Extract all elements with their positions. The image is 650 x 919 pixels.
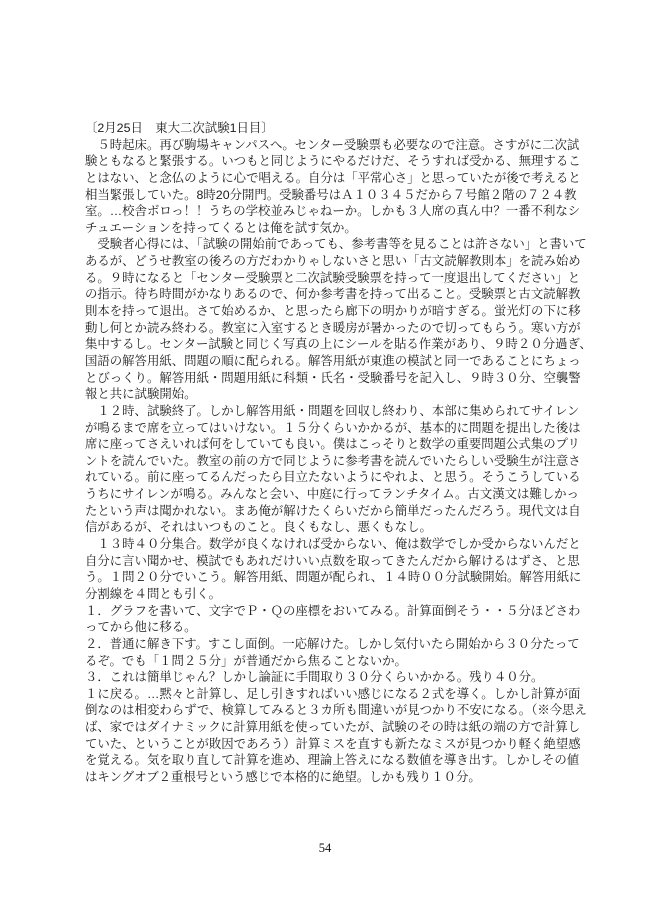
text-line: うちにサイレンが鳴る。みんなと会い、中庭に行ってランチタイム。古文漢文は難しかっ [85,486,567,503]
entry-body: ５時起床。再び駒場キャンパスへ。センター受験票も必要なので注意。さすがに二次試験… [85,137,567,786]
text-line: たという声は聞かれない。まあ俺が解けたくらいだから簡単だったんだろう。現代文は自 [85,503,567,520]
text-line: 相当緊張していた。8時20分開門。受験番号はＡ１０３４５だから７号館２階の７２４… [85,187,567,204]
text-line: チュエーションを持ってくるとは俺を試す気か。 [85,220,567,237]
page-number: 54 [0,841,650,856]
text-line: 験ともなると緊張する。いつもと同じようにやるだけだ、そうすれば受かる、無理するこ [85,153,567,170]
text-line: 集中するし。センター試験と同じく写真の上にシールを貼る作業があり、９時２０分過ぎ… [85,336,567,353]
text-line: 受験者心得には、「試験の開始前であっても、参考書等を見ることは許さない」と書いて [85,236,567,253]
text-line: ３．これは簡単じゃん？しかし論証に手間取り３０分くらいかかる。残り４０分。 [85,669,567,686]
text-line: １２時、試験終了。しかし解答用紙・問題を回収し終わり、本部に集められてサイレン [85,403,567,420]
text-line: 室。…校舎ボロっ！！うちの学校並みじゃねーか。しかも３人席の真ん中？一番不利なシ [85,203,567,220]
text-line: の指示。待ち時間がかなりあるので、何か参考書を持って出ること。受験票と古文読解教 [85,286,567,303]
text-line: れている。前に座ってるんだったら目立たないようにやれよ、と思う。そうこうしている [85,469,567,486]
text-line: ってから他に移る。 [85,619,567,636]
text-line: あるが、どうせ教室の後ろの方だわかりゃしないさと思い「古文読解教則本」を読み始め [85,253,567,270]
text-line: ば、家ではダイナミックに計算用紙を使っていたが、試験のその時は紙の端の方で計算し [85,719,567,736]
text-line: １３時４０分集合。数学が良くなければ受からない、俺は数学でしか受からないんだと [85,536,567,553]
text-line: ２．普通に解き下す。すこし面倒。一応解けた。しかし気付いたら開始から３０分たって [85,636,567,653]
text-line: ントを読んでいた。教室の前の方で同じように参考書を読んでいたらしい受験生が注意さ [85,453,567,470]
text-line: るぞ。でも「１問２５分」が普通だから焦ることないか。 [85,653,567,670]
text-line: 席に座ってさえいれば何をしていても良い。僕はこっそりと数学の重要問題公式集のプリ [85,436,567,453]
text-line: １に戻る。…黙々と計算し、足し引きすればいい感じになる２式を導く。しかし計算が面 [85,686,567,703]
text-line: 自分に言い聞かせ、模試でもあれだけいい点数を取ってきたんだから解けるはずさ、と思 [85,553,567,570]
text-line: ５時起床。再び駒場キャンパスへ。センター受験票も必要なので注意。さすがに二次試 [85,137,567,154]
text-line: が鳴るまで席を立ってはいけない。１５分くらいかかるが、基本的に問題を提出した後は [85,420,567,437]
diary-entry: 〔2月25日 東大二次試験1日目〕 ５時起床。再び駒場キャンパスへ。センター受験… [85,120,567,786]
text-line: 信があるが、それはいつものこと。良くもなし、悪くもなし。 [85,519,567,536]
text-line: 報と共に試験開始。 [85,386,567,403]
text-line: 分割線を４問とも引く。 [85,586,567,603]
text-line: ていた、ということが敗因であろう）計算ミスを直すも新たなミスが見つかり軽く絶望感 [85,736,567,753]
text-line: 動し何とか読み終わる。教室に入室するとき暖房が暑かったので切ってもらう。寒い方が [85,320,567,337]
text-line: とはない、と念仏のように心で唱える。自分は「平常心さ」と思っていたが後で考えると [85,170,567,187]
text-line: る。９時になると「センター受験票と二次試験受験票を持って一度退出してください」と [85,270,567,287]
text-line: はキングオブ２重根号という感じで本格的に絶望。しかも残り１０分。 [85,769,567,786]
text-line: 倒なのは相変わらずで、検算してみると３カ所も間違いが見つかり不安になる。（※今思… [85,702,567,719]
text-line: とびっくり。解答用紙・問題用紙に科類・氏名・受験番号を記入し、９時３０分、空襲警 [85,370,567,387]
document-page: 〔2月25日 東大二次試験1日目〕 ５時起床。再び駒場キャンパスへ。センター受験… [0,0,650,919]
text-line: を覚える。気を取り直して計算を進め、理論上答えになる数値を導き出す。しかしその値 [85,752,567,769]
text-line: 国語の解答用紙、問題の順に配られる。解答用紙が東進の模試と同一であることにちょっ [85,353,567,370]
text-line: 則本を持って退出。さて始めるか、と思ったら廊下の明かりが暗すぎる。蛍光灯の下に移 [85,303,567,320]
text-line: １．グラフを書いて、文字でＰ・Ｑの座標をおいてみる。計算面倒そう・・５分ほどさわ [85,603,567,620]
text-line: う。１問２０分でいこう。解答用紙、問題が配られ、１４時００分試験開始。解答用紙に [85,569,567,586]
entry-title: 〔2月25日 東大二次試験1日目〕 [85,120,567,137]
